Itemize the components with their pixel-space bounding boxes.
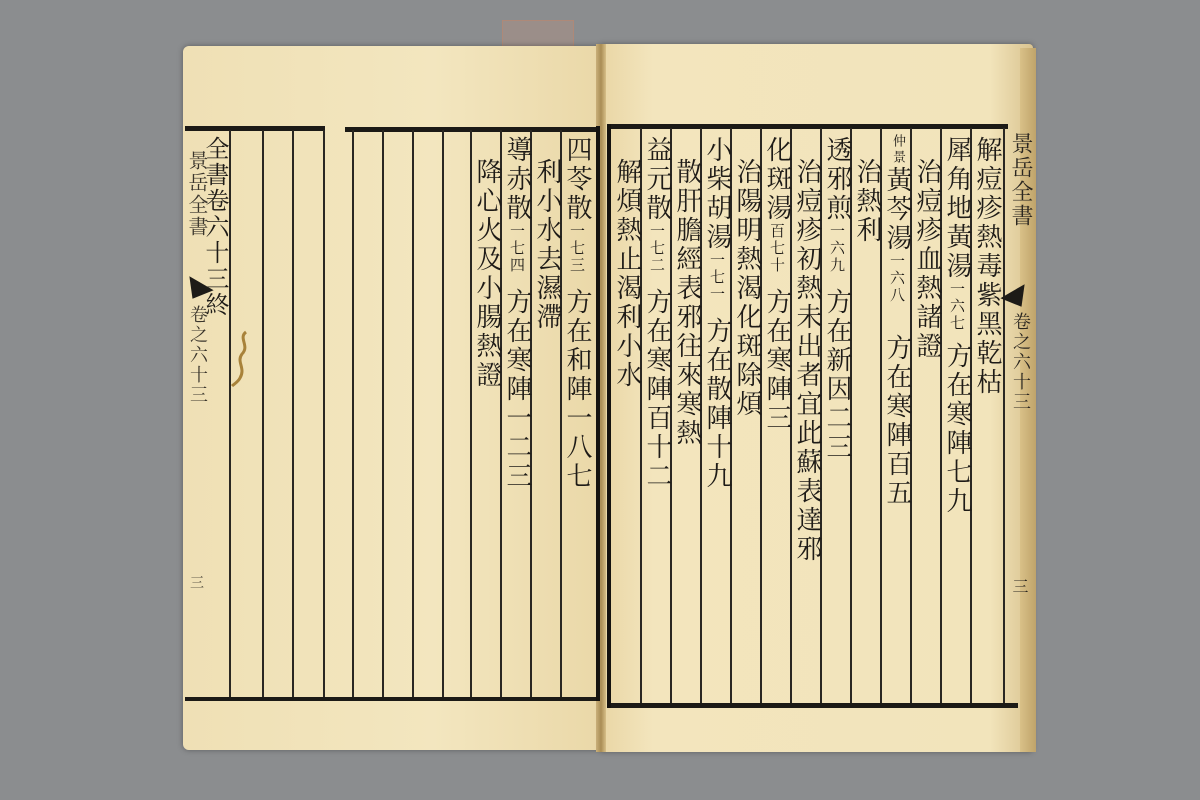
left-margin-page-number: 三 bbox=[186, 575, 206, 591]
column-rule bbox=[412, 130, 414, 697]
left-page bbox=[183, 46, 601, 750]
right-margin-page-number: 三 bbox=[1008, 578, 1031, 596]
formula-reference: 方在寒陣三 bbox=[762, 288, 792, 433]
formula-entry: 小柴胡湯一七一方在散陣十九 bbox=[702, 136, 732, 491]
text-column: 散肝膽經表邪往來寒熱 bbox=[672, 158, 702, 448]
formula-reference: 方在寒陣百五 bbox=[882, 334, 912, 508]
formula-entry: 化斑湯百七十方在寒陣三 bbox=[762, 136, 792, 433]
formula-name: 化斑湯 bbox=[762, 136, 792, 223]
right-margin-title: 景岳全書 bbox=[1005, 132, 1036, 228]
right-frame-bottom bbox=[608, 703, 1018, 708]
formula-entry: 透邪煎一六九方在新因二三 bbox=[822, 136, 852, 462]
formula-number: 一七三 bbox=[568, 223, 586, 274]
column-rule bbox=[382, 130, 384, 697]
formula-number: 百七十 bbox=[768, 223, 786, 274]
text-column: 解痘疹熱毒紫黑乾枯 bbox=[972, 136, 1002, 397]
text-column: 治陽明熱渴化斑除煩 bbox=[732, 158, 762, 419]
inner-border bbox=[596, 126, 600, 701]
text-column: 解煩熱止渴利小水 bbox=[612, 158, 642, 390]
left-frame-bottom bbox=[185, 697, 600, 701]
formula-prefix: 仲景 bbox=[890, 134, 905, 166]
formula-reference: 方在和陣一八七 bbox=[562, 288, 592, 491]
left-margin-volume: 卷之六十三 bbox=[184, 305, 210, 405]
inner-border bbox=[607, 124, 611, 708]
formula-number: 一六七 bbox=[948, 281, 966, 332]
text-column: 治痘疹血熱諸證 bbox=[912, 158, 942, 361]
column-rule bbox=[323, 130, 325, 697]
formula-name: 四苓散 bbox=[562, 136, 592, 223]
formula-entry: 益元散一七二方在寒陣百十二 bbox=[642, 136, 672, 491]
formula-reference: 方在寒陣一二三 bbox=[502, 288, 532, 491]
text-column: 治熱利 bbox=[852, 158, 882, 245]
right-margin-volume: 卷之六十三 bbox=[1007, 312, 1033, 412]
text-column: 利小水去濕滯 bbox=[532, 158, 562, 332]
formula-entry: 導赤散一七四方在寒陣一二三 bbox=[502, 136, 532, 491]
formula-name: 透邪煎 bbox=[822, 136, 852, 223]
column-rule bbox=[292, 130, 294, 697]
formula-entry: 仲景黃芩湯一六八方在寒陣百五 bbox=[882, 134, 912, 508]
formula-entry: 犀角地黃湯一六七方在寒陣七九 bbox=[942, 136, 972, 516]
column-rule bbox=[442, 130, 444, 697]
text-column: 治痘疹初熱未出者宜此蘇表達邪 bbox=[792, 158, 822, 564]
formula-name: 黃芩湯 bbox=[882, 166, 912, 253]
formula-reference: 方在寒陣七九 bbox=[942, 342, 972, 516]
formula-name: 犀角地黃湯 bbox=[942, 136, 972, 281]
formula-reference: 方在新因二三 bbox=[822, 288, 852, 462]
left-margin-title: 景岳全書 bbox=[183, 150, 212, 238]
ink-stain bbox=[228, 330, 258, 390]
formula-number: 一七二 bbox=[648, 223, 666, 274]
text-column: 降心火及小腸熱證 bbox=[472, 158, 502, 390]
right-frame-top bbox=[608, 124, 1008, 129]
formula-name: 小柴胡湯 bbox=[702, 136, 732, 252]
formula-reference: 方在寒陣百十二 bbox=[642, 288, 672, 491]
column-rule bbox=[352, 130, 354, 697]
formula-reference: 方在散陣十九 bbox=[702, 317, 732, 491]
formula-number: 一六八 bbox=[888, 253, 906, 304]
formula-number: 一七四 bbox=[508, 223, 526, 274]
formula-name: 導赤散 bbox=[502, 136, 532, 223]
formula-name: 益元散 bbox=[642, 136, 672, 223]
formula-entry: 四苓散一七三方在和陣一八七 bbox=[562, 136, 592, 491]
formula-number: 一六九 bbox=[828, 223, 846, 274]
formula-number: 一七一 bbox=[708, 252, 726, 303]
left-frame-top bbox=[185, 126, 325, 131]
column-rule bbox=[262, 130, 264, 697]
